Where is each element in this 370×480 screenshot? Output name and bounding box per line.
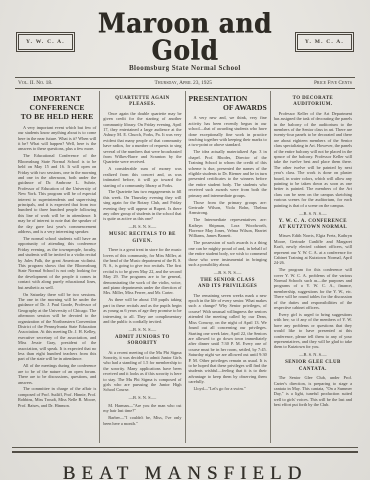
article-paragraph: The Educational Conference of the Blooms… (18, 153, 96, 234)
article-paragraph: Those from the primary groups are: Gertr… (189, 200, 267, 216)
article-headline: SENIOR GLEE CLUB CANTATA. (274, 360, 352, 373)
article-paragraph: The normal school students will have an … (18, 236, 96, 290)
article-paragraph: A considerable sum of money was realized… (103, 166, 181, 188)
article-paragraph: The committee in charge of the affair is… (18, 386, 96, 408)
article-headline: IMPORTANT CONFERENCE TO BE HELD HERE (18, 95, 96, 122)
article-headline: ADMIT JUNIORS TO SORORITY (103, 335, 181, 348)
article-headline: QUARTETTE AGAIN PLEASES. (103, 96, 181, 109)
newspaper-column: QUARTETTE AGAIN PLEASES.Once again the d… (99, 91, 184, 443)
newspaper-column: PRESENTATIONOF AWARDSA very new and, we … (185, 91, 270, 443)
article-paragraph: Barber—"I couldn't be, Miss, I've only b… (103, 415, 181, 426)
article-headline: MUSIC RECITALS TO BE GIVEN. (103, 232, 181, 245)
dateline-price: Price Five Cents (314, 80, 352, 86)
article-paragraph: M. Harman—"Are you the man who cut my ha… (103, 403, 181, 414)
article-paragraph: The remaining seven weeks mark a new epo… (189, 293, 267, 385)
article-paragraph: The Quartette has two engagements to fil… (103, 189, 181, 221)
article-paragraph: Professor Keller of the Art Department h… (274, 111, 352, 208)
rule (12, 447, 358, 448)
article-paragraph: All of the meetings during the conferenc… (18, 363, 96, 385)
article-paragraph: The possession of such awards is a thing… (189, 240, 267, 267)
section-divider: —B. S. N. S.— (189, 270, 267, 275)
section-divider: —B. S. N. S.— (274, 352, 352, 357)
article-paragraph: Once again the double quartette may be g… (103, 111, 181, 165)
section-divider: —B. S. N. S.— (103, 224, 181, 229)
columns: IMPORTANT CONFERENCE TO BE HELD HEREA ve… (15, 91, 355, 443)
section-divider: —B. S. N. S.— (274, 211, 352, 216)
article-paragraph: At a recent meeting of the Mu Phi Sigma … (103, 350, 181, 393)
ywca-box: Y. W. C. A. (16, 32, 75, 52)
article-paragraph: As there will be about 150 pupils taking… (103, 297, 181, 324)
section-divider: —B. S. N. S.— (103, 327, 181, 332)
newspaper-page: Y. W. C. A. Maroon and Gold Bloomsburg S… (0, 0, 370, 480)
footer-banner: BEAT MANSFIELD (0, 463, 370, 480)
page-title: Maroon and Gold (75, 10, 295, 64)
masthead-title-block: Maroon and Gold Bloomsburg State Normal … (75, 12, 295, 72)
article-paragraph: Misses Edith Norris, Elgia Fretz, Kathry… (274, 233, 352, 265)
article-paragraph: On Saturday there will be two sessions. … (18, 292, 96, 362)
article-paragraph: A very important event which but few of … (18, 125, 96, 152)
section-divider: —B. S. N. S.— (103, 395, 181, 400)
article-paragraph: A very new and, we think, very fine acti… (189, 115, 267, 147)
article-paragraph: The Senior Glee Club, under Prof. Carter… (274, 375, 352, 407)
article-headline: THE SENIOR CLASS AND ITS PRIVILEGES (189, 278, 267, 291)
article-paragraph: Every girl is urged to bring suggestions… (274, 312, 352, 350)
article-paragraph: The Intermediate representatives are: Ka… (189, 217, 267, 239)
article-paragraph: There is a great treat in store for the … (103, 247, 181, 296)
footer-rules (12, 447, 358, 453)
dateline-date: Thursday, April 23, 1925 (52, 80, 314, 86)
dateline-volume: Vol. II. No. 18. (18, 80, 52, 86)
ymca-box: Y. M. C. A. (295, 32, 354, 52)
article-paragraph: The idea actually materialized Apr. 3 in… (189, 149, 267, 198)
newspaper-column: TO DECORATE AUDITORIUM.Professor Keller … (270, 91, 355, 443)
article-headline: Y. W. C. A. CONFERENCE AT KUTZTOWN NORMA… (274, 219, 352, 232)
dateline: Vol. II. No. 18. Thursday, April 23, 192… (15, 77, 355, 89)
newspaper-column: IMPORTANT CONFERENCE TO BE HELD HEREA ve… (15, 91, 99, 443)
rule (12, 451, 358, 453)
article-paragraph: The program for this conference will cov… (274, 267, 352, 310)
article-paragraph: Lloyd—"Let's go for a swim." (189, 386, 267, 391)
article-headline: OF AWARDS (189, 104, 267, 113)
article-headline: TO DECORATE AUDITORIUM. (274, 96, 352, 109)
masthead: Y. W. C. A. Maroon and Gold Bloomsburg S… (0, 0, 370, 72)
